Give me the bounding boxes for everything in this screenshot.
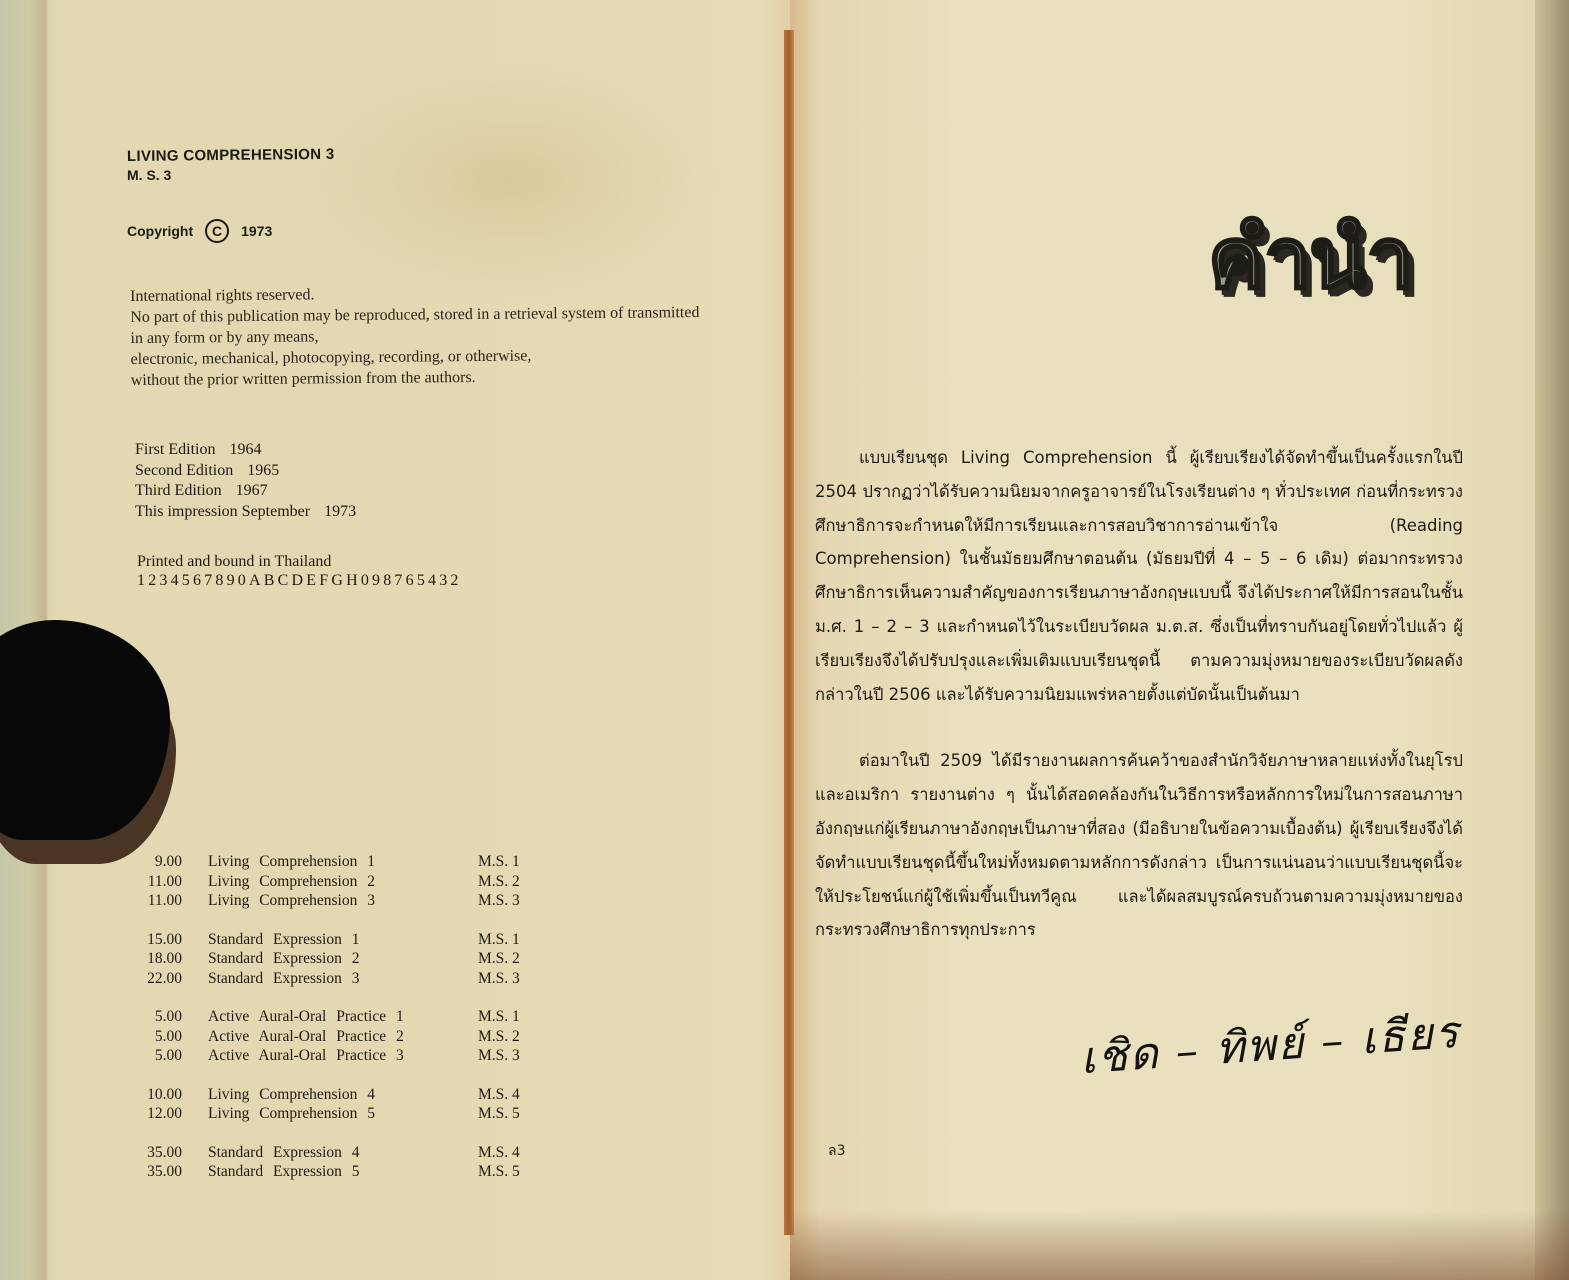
book-level: M.S. 5 <box>478 1162 548 1182</box>
book-price: 15.00 <box>130 930 182 950</box>
book-spread: LIVING COMPREHENSION 3 M. S. 3 Copyright… <box>0 0 1569 1280</box>
price-row: 5.00Active Aural-Oral Practice 1M.S. 1 <box>130 1007 548 1027</box>
book-price: 9.00 <box>130 852 182 872</box>
book-name: Active Aural-Oral Practice 3 <box>208 1046 478 1066</box>
foreword-heading: คำนำ <box>1208 208 1468 308</box>
price-row: 15.00Standard Expression 1M.S. 1 <box>130 930 548 950</box>
price-row: 11.00Living Comprehension 3M.S. 3 <box>130 891 548 911</box>
copyright-label: Copyright <box>127 223 193 239</box>
edition-row: First Edition1964 <box>135 440 356 461</box>
copyright-year: 1973 <box>241 223 272 239</box>
book-name: Standard Expression 4 <box>208 1143 478 1163</box>
book-name: Living Comprehension 1 <box>208 852 478 872</box>
printed-location: Printed and bound in Thailand <box>137 552 462 571</box>
print-serial: 1234567890ABCDEFGH098765432 <box>137 571 462 590</box>
book-code: M. S. 3 <box>127 167 334 183</box>
book-price: 5.00 <box>130 1007 182 1027</box>
foreword-paragraph: ต่อมาในปี 2509 ได้มีรายงานผลการค้นคว้าขอ… <box>815 744 1463 947</box>
book-price: 12.00 <box>130 1104 182 1124</box>
book-name: Active Aural-Oral Practice 1 <box>208 1007 478 1027</box>
page-edge-right <box>1535 0 1569 1280</box>
foreword-text: แบบเรียนชุด Living Comprehension นี้ ผู้… <box>815 441 1463 947</box>
page-number: ล3 <box>828 1140 846 1162</box>
edition-row: Second Edition1965 <box>135 461 356 482</box>
book-price: 22.00 <box>130 969 182 989</box>
book-level: M.S. 4 <box>478 1085 548 1105</box>
price-row: 22.00Standard Expression 3M.S. 3 <box>130 969 548 989</box>
edition-history: First Edition1964 Second Edition1965 Thi… <box>135 440 356 522</box>
book-name: Living Comprehension 2 <box>208 872 478 892</box>
edition-label: Third Edition <box>135 482 222 499</box>
book-gutter <box>784 30 794 1235</box>
copyright-line: Copyright C 1973 <box>127 219 334 243</box>
edition-year: 1964 <box>229 441 261 458</box>
edition-label: This impression September <box>135 503 310 520</box>
book-price: 11.00 <box>130 891 182 911</box>
copyright-icon: C <box>205 219 229 243</box>
book-level: M.S. 2 <box>478 872 548 892</box>
price-row: 11.00Living Comprehension 2M.S. 2 <box>130 872 548 892</box>
edition-year: 1967 <box>236 482 268 499</box>
price-group: 9.00Living Comprehension 1M.S. 111.00Liv… <box>130 852 548 911</box>
price-group: 15.00Standard Expression 1M.S. 118.00Sta… <box>130 930 548 989</box>
paper-stain <box>300 60 720 300</box>
book-price: 18.00 <box>130 949 182 969</box>
book-level: M.S. 1 <box>478 1007 548 1027</box>
book-price: 10.00 <box>130 1085 182 1105</box>
book-name: Living Comprehension 3 <box>208 891 478 911</box>
book-name: Standard Expression 3 <box>208 969 478 989</box>
edition-row: This impression September1973 <box>135 502 356 523</box>
paper-stain-bottom <box>790 1210 1569 1280</box>
edition-year: 1973 <box>324 503 356 520</box>
book-name: Active Aural-Oral Practice 2 <box>208 1027 478 1047</box>
edition-label: Second Edition <box>135 462 233 479</box>
book-price: 35.00 <box>130 1143 182 1163</box>
price-row: 35.00Standard Expression 4M.S. 4 <box>130 1143 548 1163</box>
book-level: M.S. 2 <box>478 949 548 969</box>
book-name: Living Comprehension 4 <box>208 1085 478 1105</box>
book-level: M.S. 3 <box>478 969 548 989</box>
price-row: 9.00Living Comprehension 1M.S. 1 <box>130 852 548 872</box>
book-price: 5.00 <box>130 1027 182 1047</box>
price-group: 35.00Standard Expression 4M.S. 435.00Sta… <box>130 1143 548 1182</box>
printing-info: Printed and bound in Thailand 1234567890… <box>137 552 462 590</box>
book-level: M.S. 1 <box>478 852 548 872</box>
book-title: LIVING COMPREHENSION 3 <box>127 146 335 165</box>
book-name: Standard Expression 5 <box>208 1162 478 1182</box>
book-level: M.S. 4 <box>478 1143 548 1163</box>
book-price: 5.00 <box>130 1046 182 1066</box>
price-row: 35.00Standard Expression 5M.S. 5 <box>130 1162 548 1182</box>
book-level: M.S. 5 <box>478 1104 548 1124</box>
book-price: 35.00 <box>130 1162 182 1182</box>
edition-year: 1965 <box>247 462 279 479</box>
book-price: 11.00 <box>130 872 182 892</box>
edition-row: Third Edition1967 <box>135 481 356 502</box>
book-level: M.S. 3 <box>478 1046 548 1066</box>
book-level: M.S. 1 <box>478 930 548 950</box>
price-row: 5.00Active Aural-Oral Practice 3M.S. 3 <box>130 1046 548 1066</box>
book-level: M.S. 3 <box>478 891 548 911</box>
book-name: Standard Expression 1 <box>208 930 478 950</box>
edition-label: First Edition <box>135 441 215 458</box>
price-row: 18.00Standard Expression 2M.S. 2 <box>130 949 548 969</box>
rights-statement: International rights reserved. No part o… <box>130 281 700 391</box>
price-list: 9.00Living Comprehension 1M.S. 111.00Liv… <box>130 852 548 1201</box>
price-row: 10.00Living Comprehension 4M.S. 4 <box>130 1085 548 1105</box>
price-group: 10.00Living Comprehension 4M.S. 412.00Li… <box>130 1085 548 1124</box>
price-group: 5.00Active Aural-Oral Practice 1M.S. 15.… <box>130 1007 548 1066</box>
book-name: Living Comprehension 5 <box>208 1104 478 1124</box>
copyright-block: LIVING COMPREHENSION 3 M. S. 3 Copyright… <box>127 148 334 243</box>
price-row: 12.00Living Comprehension 5M.S. 5 <box>130 1104 548 1124</box>
book-level: M.S. 2 <box>478 1027 548 1047</box>
book-name: Standard Expression 2 <box>208 949 478 969</box>
foreword-paragraph: แบบเรียนชุด Living Comprehension นี้ ผู้… <box>815 441 1463 711</box>
price-row: 5.00Active Aural-Oral Practice 2M.S. 2 <box>130 1027 548 1047</box>
